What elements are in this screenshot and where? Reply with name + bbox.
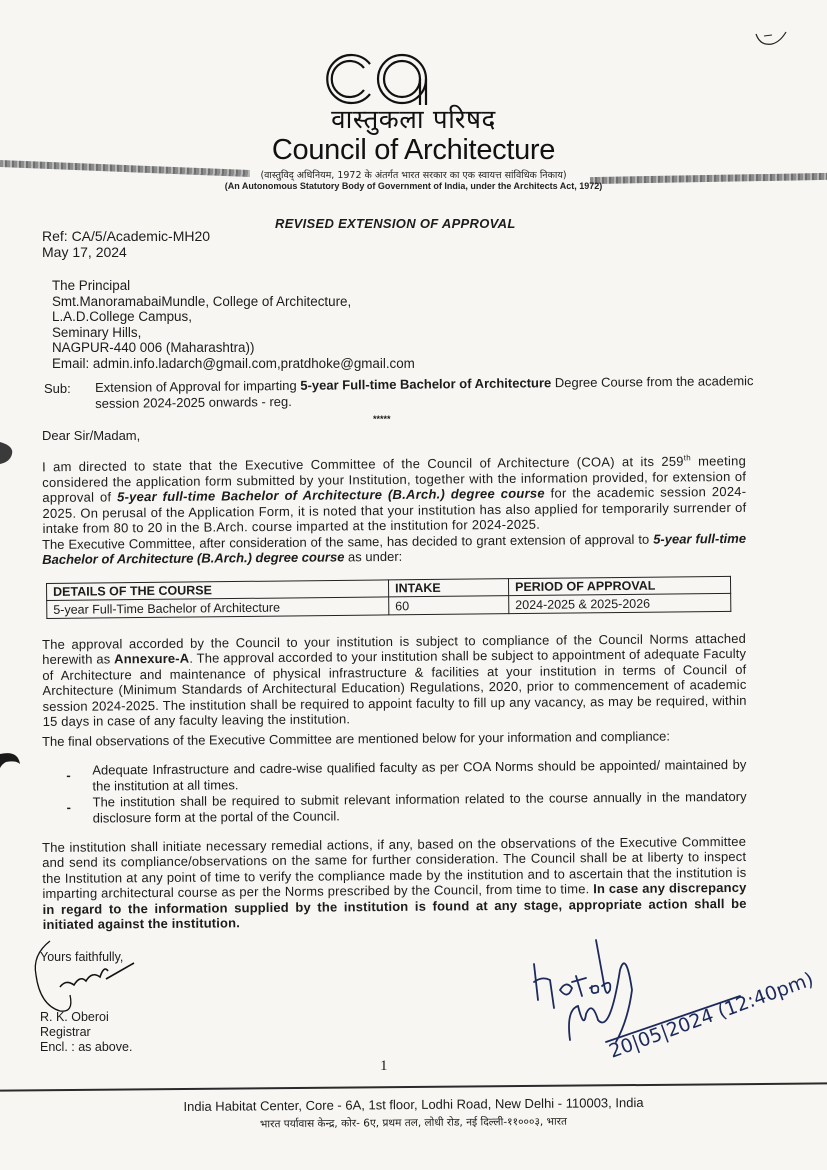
address-line: NAGPUR-440 006 (Maharashtra)) <box>52 340 415 356</box>
paragraph-remedial: The institution shall initiate necessary… <box>42 834 747 933</box>
annexure-reference: Annexure-A <box>114 651 189 667</box>
reference-number: Ref: CA/5/Academic-MH20 <box>42 228 210 244</box>
footer-address-english: India Habitat Center, Core - 6A, 1st flo… <box>0 1093 827 1115</box>
separator: ***** <box>373 414 391 424</box>
signature-icon <box>30 935 150 1015</box>
footer-rule <box>0 1082 827 1091</box>
paragraph-approval-context: I am directed to state that the Executiv… <box>42 450 747 536</box>
table-header-cell: INTAKE <box>388 579 508 597</box>
address-line: Smt.ManoramabaiMundle, College of Archit… <box>52 294 415 310</box>
footer-address-hindi: भारत पर्यावास केन्द्र, कोर- 6ए, प्रथम तल… <box>0 1112 827 1133</box>
subject-course: 5-year Full-time Bachelor of Architectur… <box>300 375 551 393</box>
letter-date: May 17, 2024 <box>42 244 210 260</box>
address-line: Seminary Hills, <box>52 325 415 341</box>
org-name: Council of Architecture <box>0 134 827 167</box>
list-item: The institution shall be required to sub… <box>43 789 747 826</box>
handwritten-note-icon: 20|05|2024 (12:40pm) <box>520 930 820 1070</box>
salutation: Dear Sir/Madam, <box>42 428 140 443</box>
document-title: REVISED EXTENSION OF APPROVAL <box>275 216 516 231</box>
course-approval-table: DETAILS OF THE COURSE INTAKE PERIOD OF A… <box>46 576 731 619</box>
signer-title: Registrar <box>40 1025 132 1040</box>
address-line: The Principal <box>52 278 415 294</box>
pen-mark-icon <box>750 28 800 52</box>
paragraph-text: as under: <box>344 549 402 565</box>
punch-hole-mark-icon <box>0 440 16 466</box>
paragraph-observations: The final observations of the Executive … <box>42 728 747 827</box>
observations-list: Adequate Infrastructure and cadre-wise q… <box>42 757 747 826</box>
paragraph-conditions: The approval accorded by the Council to … <box>42 631 747 730</box>
subject-text-part: Extension of Approval for imparting <box>95 378 300 395</box>
reference-block: Ref: CA/5/Academic-MH20 May 17, 2024 <box>42 228 210 260</box>
org-name-hindi: वास्तुकला परिषद <box>0 100 827 136</box>
address-email: Email: admin.info.ladarch@gmail.com,prat… <box>52 356 415 372</box>
enclosure-note: Encl. : as above. <box>40 1040 132 1055</box>
org-subtitle-english: (An Autonomous Statutory Body of Governm… <box>0 181 827 191</box>
table-cell: 5-year Full-Time Bachelor of Architectur… <box>47 597 389 619</box>
closing: Yours faithfully, <box>40 950 123 964</box>
page-number: 1 <box>380 1058 388 1075</box>
letter-page: वास्तुकला परिषद Council of Architecture … <box>0 0 827 1170</box>
address-line: L.A.D.College Campus, <box>52 309 415 325</box>
subject-label: Sub: <box>44 381 71 396</box>
handwritten-note-text: 20|05|2024 (12:40pm) <box>606 968 816 1062</box>
paragraph-grant: The Executive Committee, after considera… <box>42 531 746 568</box>
recipient-address: The Principal Smt.ManoramabaiMundle, Col… <box>52 278 415 372</box>
org-subtitle-hindi: (वास्तुविद् अधिनियम, 1972 के अंतर्गत भार… <box>0 168 827 181</box>
table-cell: 2024-2025 & 2025-2026 <box>509 593 731 613</box>
subject-text: Extension of Approval for imparting 5-ye… <box>95 373 795 412</box>
signer-name: R. K. Oberoi <box>40 1010 132 1025</box>
ordinal-suffix: th <box>684 453 691 462</box>
table-cell: 60 <box>389 596 509 615</box>
punch-hole-mark-icon <box>0 750 22 774</box>
observations-intro: The final observations of the Executive … <box>42 728 746 750</box>
signer-block: R. K. Oberoi Registrar Encl. : as above. <box>40 1010 132 1055</box>
list-item: Adequate Infrastructure and cadre-wise q… <box>42 757 746 794</box>
